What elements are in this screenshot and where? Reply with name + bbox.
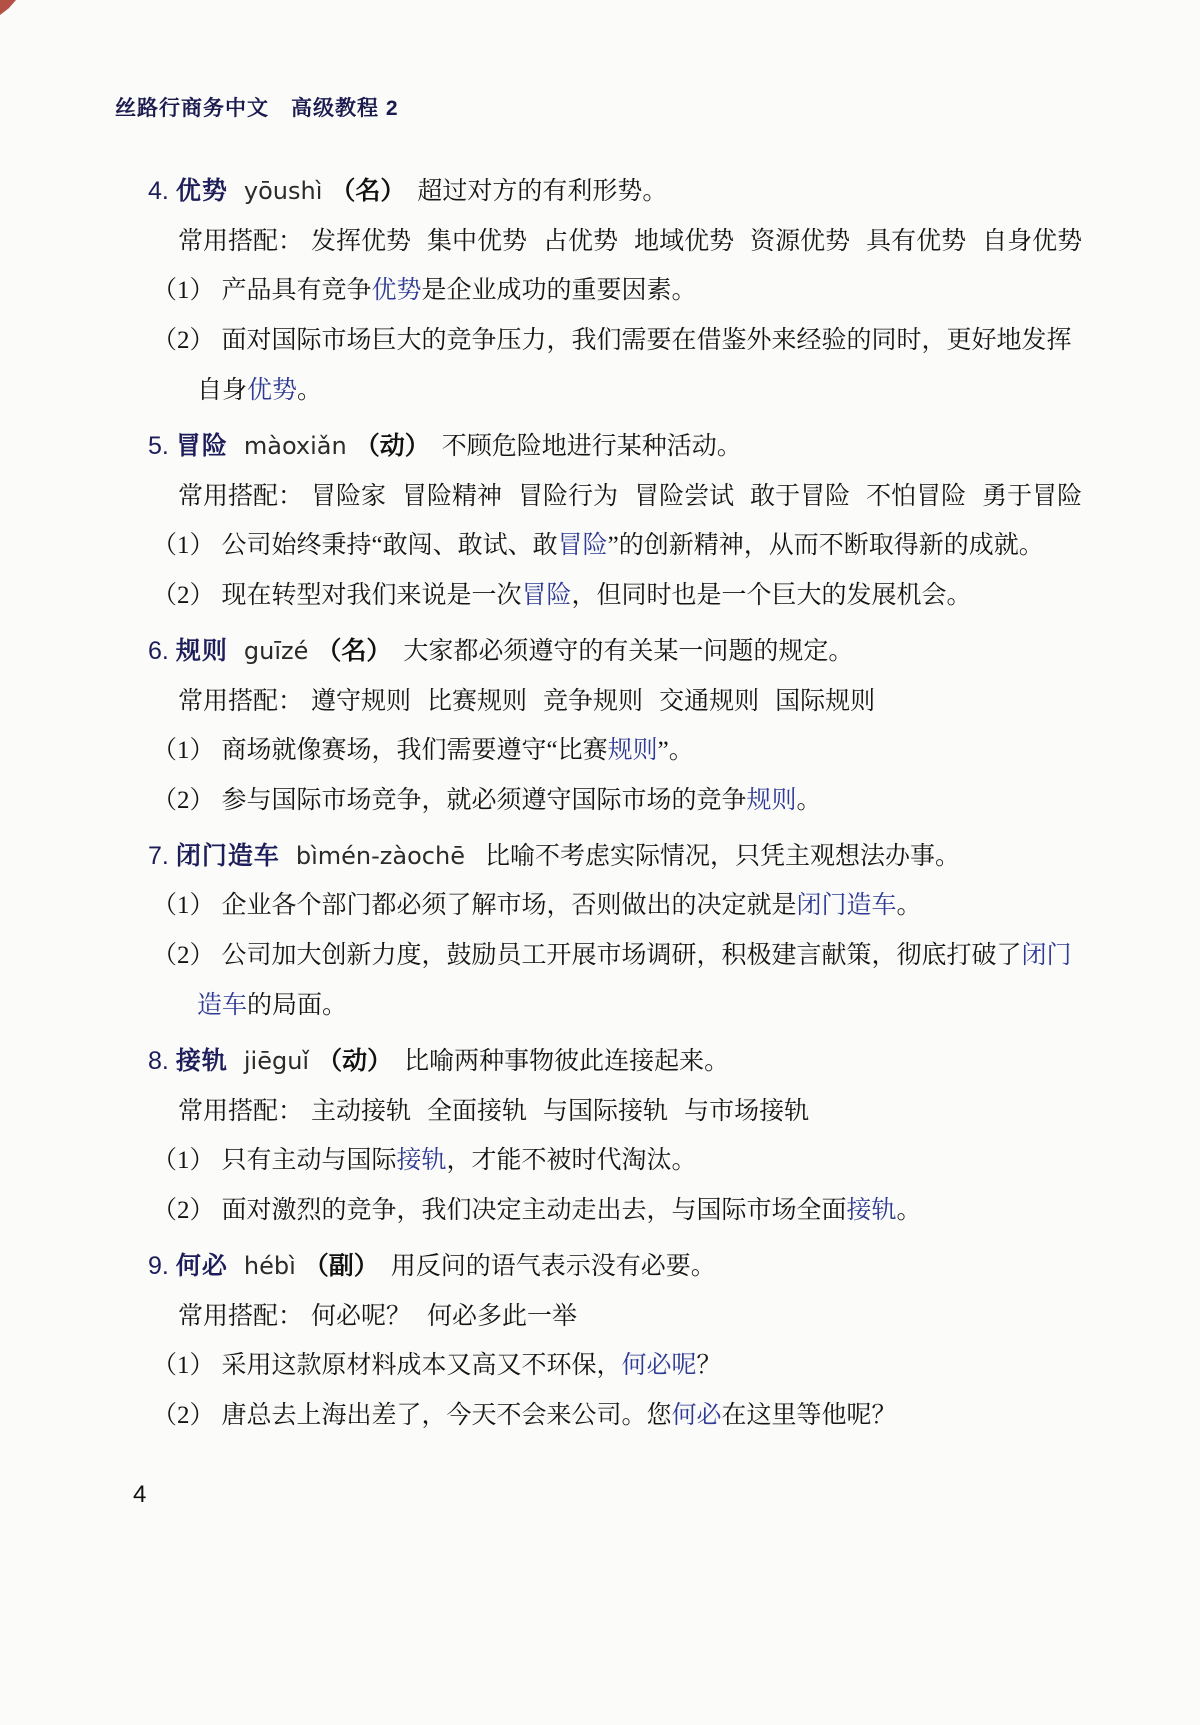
example-line: 自身优势。 <box>148 374 1140 408</box>
collocation-item: 资源优势 <box>750 227 850 255</box>
collocations-line: 常用搭配：发挥优势集中优势占优势地域优势资源优势具有优势自身优势 <box>148 224 1140 258</box>
collocation-item: 不怕冒险 <box>866 482 966 510</box>
entry-pinyin: guīzé <box>244 637 308 665</box>
highlighted-word: 闭门 <box>1022 942 1072 969</box>
entry-definition: 不顾危险地进行某种活动。 <box>442 432 742 460</box>
example-text: 公司始终秉持“敢闯、敢试、敢 <box>222 532 558 559</box>
example-text: 。 <box>797 787 822 814</box>
example-line: （1）采用这款原材料成本又高又不环保，何必呢？ <box>148 1349 1140 1383</box>
entry-headword: 规则 <box>176 637 228 665</box>
example-label: （1） <box>152 277 215 304</box>
example-line: （2）唐总去上海出差了，今天不会来公司。您何必在这里等他呢？ <box>148 1399 1140 1433</box>
example-text: 公司加大创新力度，鼓励员工开展市场调研，积极建言献策，彻底打破了 <box>222 942 1022 969</box>
vocab-entry: 5.冒险màoxiǎn（动）不顾危险地进行某种活动。 常用搭配：冒险家冒险精神冒… <box>148 429 1140 613</box>
highlighted-word: 规则 <box>747 787 797 814</box>
example-label: （1） <box>152 532 215 559</box>
example-label: （2） <box>152 582 215 609</box>
collocations-list: 主动接轨全面接轨与国际接轨与市场接轨 <box>311 1097 825 1125</box>
entry-pinyin: jiēguǐ <box>244 1047 309 1075</box>
entry-headword: 闭门造车 <box>176 842 280 870</box>
entry-headword: 接轨 <box>176 1047 228 1075</box>
entry-pinyin: yōushì <box>244 177 322 205</box>
example-text: ”。 <box>658 737 694 764</box>
collocations-list: 遵守规则比赛规则竞争规则交通规则国际规则 <box>311 687 891 715</box>
example-label: （2） <box>152 787 215 814</box>
example-text: 唐总去上海出差了，今天不会来公司。您 <box>222 1402 672 1429</box>
entry-number: 8. <box>148 1047 169 1075</box>
example-line: （2）面对激烈的竞争，我们决定主动走出去，与国际市场全面接轨。 <box>148 1194 1140 1228</box>
collocations-label: 常用搭配： <box>178 1097 303 1125</box>
example-line: （2）面对国际市场巨大的竞争压力，我们需要在借鉴外来经验的同时，更好地发挥 <box>148 324 1140 358</box>
collocation-item: 交通规则 <box>659 687 759 715</box>
example-label: （2） <box>152 942 215 969</box>
entry-part-of-speech: （动） <box>355 432 430 460</box>
highlighted-word: 冒险 <box>558 532 608 559</box>
collocations-line: 常用搭配：何必呢？何必多此一举 <box>148 1299 1140 1333</box>
collocation-item: 与国际接轨 <box>543 1097 668 1125</box>
highlighted-word: 接轨 <box>397 1147 447 1174</box>
example-text: ，但同时也是一个巨大的发展机会。 <box>572 582 972 609</box>
collocation-item: 比赛规则 <box>427 687 527 715</box>
collocation-item: 勇于冒险 <box>982 482 1082 510</box>
collocations-label: 常用搭配： <box>178 1302 303 1330</box>
entry-head-line: 5.冒险màoxiǎn（动）不顾危险地进行某种活动。 <box>148 429 1140 463</box>
highlighted-word: 规则 <box>608 737 658 764</box>
example-line: （2）参与国际市场竞争，就必须遵守国际市场的竞争规则。 <box>148 784 1140 818</box>
example-text: 。 <box>897 892 922 919</box>
collocation-item: 竞争规则 <box>543 687 643 715</box>
examples: （1）企业各个部门都必须了解市场，否则做出的决定就是闭门造车。（2）公司加大创新… <box>148 889 1140 1023</box>
collocation-item: 发挥优势 <box>311 227 411 255</box>
highlighted-word: 造车 <box>197 992 247 1019</box>
example-label: （1） <box>152 1352 215 1379</box>
examples: （1）公司始终秉持“敢闯、敢试、敢冒险”的创新精神，从而不断取得新的成就。（2）… <box>148 529 1140 613</box>
example-text: 面对国际市场巨大的竞争压力，我们需要在借鉴外来经验的同时，更好地发挥 <box>222 327 1072 354</box>
collocations-list: 何必呢？何必多此一举 <box>311 1302 593 1330</box>
collocations-line: 常用搭配：冒险家冒险精神冒险行为冒险尝试敢于冒险不怕冒险勇于冒险 <box>148 479 1140 513</box>
example-line: （1）只有主动与国际接轨，才能不被时代淘汰。 <box>148 1144 1140 1178</box>
example-label: （2） <box>152 1197 215 1224</box>
highlighted-word: 优势 <box>372 277 422 304</box>
highlighted-word: 优势 <box>247 377 297 404</box>
example-label: （1） <box>152 737 215 764</box>
collocation-item: 具有优势 <box>866 227 966 255</box>
entry-number: 4. <box>148 177 169 205</box>
entry-definition: 大家都必须遵守的有关某一问题的规定。 <box>403 637 853 665</box>
example-line: （1）公司始终秉持“敢闯、敢试、敢冒险”的创新精神，从而不断取得新的成就。 <box>148 529 1140 563</box>
example-line: （1）商场就像赛场，我们需要遵守“比赛规则”。 <box>148 734 1140 768</box>
vocab-entry: 4.优势yōushì（名）超过对方的有利形势。 常用搭配：发挥优势集中优势占优势… <box>148 174 1140 408</box>
page-header: 丝路行商务中文 高级教程 2 <box>115 92 1140 122</box>
example-text: 面对激烈的竞争，我们决定主动走出去，与国际市场全面 <box>222 1197 847 1224</box>
collocation-item: 何必多此一举 <box>427 1302 577 1330</box>
example-text: ，才能不被时代淘汰。 <box>447 1147 697 1174</box>
entry-pinyin: màoxiǎn <box>244 432 347 460</box>
examples: （1）只有主动与国际接轨，才能不被时代淘汰。（2）面对激烈的竞争，我们决定主动走… <box>148 1144 1140 1228</box>
vocab-entry: 9.何必hébì（副）用反问的语气表示没有必要。 常用搭配：何必呢？何必多此一举… <box>148 1249 1140 1433</box>
entry-head-line: 8.接轨jiēguǐ（动）比喻两种事物彼此连接起来。 <box>148 1044 1140 1078</box>
collocation-item: 国际规则 <box>775 687 875 715</box>
example-text: 的局面。 <box>247 992 347 1019</box>
entry-headword: 何必 <box>176 1252 228 1280</box>
entry-definition: 超过对方的有利形势。 <box>417 177 667 205</box>
example-text: ”的创新精神，从而不断取得新的成就。 <box>608 532 1044 559</box>
example-line: （1）企业各个部门都必须了解市场，否则做出的决定就是闭门造车。 <box>148 889 1140 923</box>
collocation-item: 全面接轨 <box>427 1097 527 1125</box>
collocations-line: 常用搭配：遵守规则比赛规则竞争规则交通规则国际规则 <box>148 684 1140 718</box>
example-line: （2）现在转型对我们来说是一次冒险，但同时也是一个巨大的发展机会。 <box>148 579 1140 613</box>
example-line: （2）公司加大创新力度，鼓励员工开展市场调研，积极建言献策，彻底打破了闭门 <box>148 939 1140 973</box>
collocation-item: 冒险尝试 <box>634 482 734 510</box>
example-text: 自身 <box>197 377 247 404</box>
examples: （1）商场就像赛场，我们需要遵守“比赛规则”。（2）参与国际市场竞争，就必须遵守… <box>148 734 1140 818</box>
entry-head-line: 6.规则guīzé（名）大家都必须遵守的有关某一问题的规定。 <box>148 634 1140 668</box>
collocations-label: 常用搭配： <box>178 227 303 255</box>
collocation-item: 何必呢？ <box>311 1302 411 1330</box>
textbook-page: 丝路行商务中文 高级教程 2 4.优势yōushì（名）超过对方的有利形势。 常… <box>0 0 1200 1509</box>
collocations-label: 常用搭配： <box>178 687 303 715</box>
entry-number: 7. <box>148 842 169 870</box>
entry-part-of-speech: （动） <box>317 1047 392 1075</box>
collocation-item: 与市场接轨 <box>684 1097 809 1125</box>
example-text: 。 <box>897 1197 922 1224</box>
collocation-item: 冒险精神 <box>402 482 502 510</box>
example-text: 产品具有竞争 <box>222 277 372 304</box>
entry-number: 6. <box>148 637 169 665</box>
entry-headword: 优势 <box>176 177 228 205</box>
collocation-item: 遵守规则 <box>311 687 411 715</box>
collocation-item: 占优势 <box>543 227 618 255</box>
example-label: （2） <box>152 327 215 354</box>
highlighted-word: 何必 <box>672 1402 722 1429</box>
entry-part-of-speech: （名） <box>316 637 391 665</box>
collocation-item: 集中优势 <box>427 227 527 255</box>
entry-part-of-speech: （副） <box>304 1252 379 1280</box>
entry-number: 5. <box>148 432 169 460</box>
entry-pinyin: bìmén-zàochē <box>296 842 465 870</box>
collocations-list: 发挥优势集中优势占优势地域优势资源优势具有优势自身优势 <box>311 227 1098 255</box>
collocation-item: 敢于冒险 <box>750 482 850 510</box>
example-line: 造车的局面。 <box>148 989 1140 1023</box>
highlighted-word: 冒险 <box>522 582 572 609</box>
collocations-line: 常用搭配：主动接轨全面接轨与国际接轨与市场接轨 <box>148 1094 1140 1128</box>
example-text: 只有主动与国际 <box>222 1147 397 1174</box>
collocation-item: 地域优势 <box>634 227 734 255</box>
entries: 4.优势yōushì（名）超过对方的有利形势。 常用搭配：发挥优势集中优势占优势… <box>115 174 1140 1433</box>
example-label: （1） <box>152 892 215 919</box>
example-text: 企业各个部门都必须了解市场，否则做出的决定就是 <box>222 892 797 919</box>
example-text: 现在转型对我们来说是一次 <box>222 582 522 609</box>
vocab-entry: 6.规则guīzé（名）大家都必须遵守的有关某一问题的规定。 常用搭配：遵守规则… <box>148 634 1140 818</box>
examples: （1）采用这款原材料成本又高又不环保，何必呢？（2）唐总去上海出差了，今天不会来… <box>148 1349 1140 1433</box>
collocation-item: 冒险行为 <box>518 482 618 510</box>
example-label: （2） <box>152 1402 215 1429</box>
vocab-entry: 7.闭门造车bìmén-zàochē比喻不考虑实际情况，只凭主观想法办事。 （1… <box>148 839 1140 1023</box>
entry-head-line: 7.闭门造车bìmén-zàochē比喻不考虑实际情况，只凭主观想法办事。 <box>148 839 1140 873</box>
highlighted-word: 闭门造车 <box>797 892 897 919</box>
collocation-item: 主动接轨 <box>311 1097 411 1125</box>
collocation-item: 自身优势 <box>982 227 1082 255</box>
collocations-label: 常用搭配： <box>178 482 303 510</box>
entry-headword: 冒险 <box>176 432 228 460</box>
entry-part-of-speech: （名） <box>330 177 405 205</box>
entry-definition: 比喻不考虑实际情况，只凭主观想法办事。 <box>485 842 960 870</box>
example-text: 商场就像赛场，我们需要遵守“比赛 <box>222 737 608 764</box>
entry-head-line: 9.何必hébì（副）用反问的语气表示没有必要。 <box>148 1249 1140 1283</box>
highlighted-word: 何必呢 <box>622 1352 697 1379</box>
entry-pinyin: hébì <box>244 1252 296 1280</box>
page-number: 4 <box>133 1481 1140 1509</box>
examples: （1）产品具有竞争优势是企业成功的重要因素。（2）面对国际市场巨大的竞争压力，我… <box>148 274 1140 408</box>
highlighted-word: 接轨 <box>847 1197 897 1224</box>
example-text: 在这里等他呢？ <box>722 1402 897 1429</box>
example-text: 参与国际市场竞争，就必须遵守国际市场的竞争 <box>222 787 747 814</box>
example-text: 。 <box>297 377 322 404</box>
example-text: 采用这款原材料成本又高又不环保， <box>222 1352 622 1379</box>
example-label: （1） <box>152 1147 215 1174</box>
vocab-entry: 8.接轨jiēguǐ（动）比喻两种事物彼此连接起来。 常用搭配：主动接轨全面接轨… <box>148 1044 1140 1228</box>
example-line: （1）产品具有竞争优势是企业成功的重要因素。 <box>148 274 1140 308</box>
entry-definition: 用反问的语气表示没有必要。 <box>391 1252 716 1280</box>
collocations-list: 冒险家冒险精神冒险行为冒险尝试敢于冒险不怕冒险勇于冒险 <box>311 482 1098 510</box>
entry-head-line: 4.优势yōushì（名）超过对方的有利形势。 <box>148 174 1140 208</box>
entry-number: 9. <box>148 1252 169 1280</box>
entry-definition: 比喻两种事物彼此连接起来。 <box>404 1047 729 1075</box>
example-text: ？ <box>697 1352 722 1379</box>
collocation-item: 冒险家 <box>311 482 386 510</box>
example-text: 是企业成功的重要因素。 <box>422 277 697 304</box>
